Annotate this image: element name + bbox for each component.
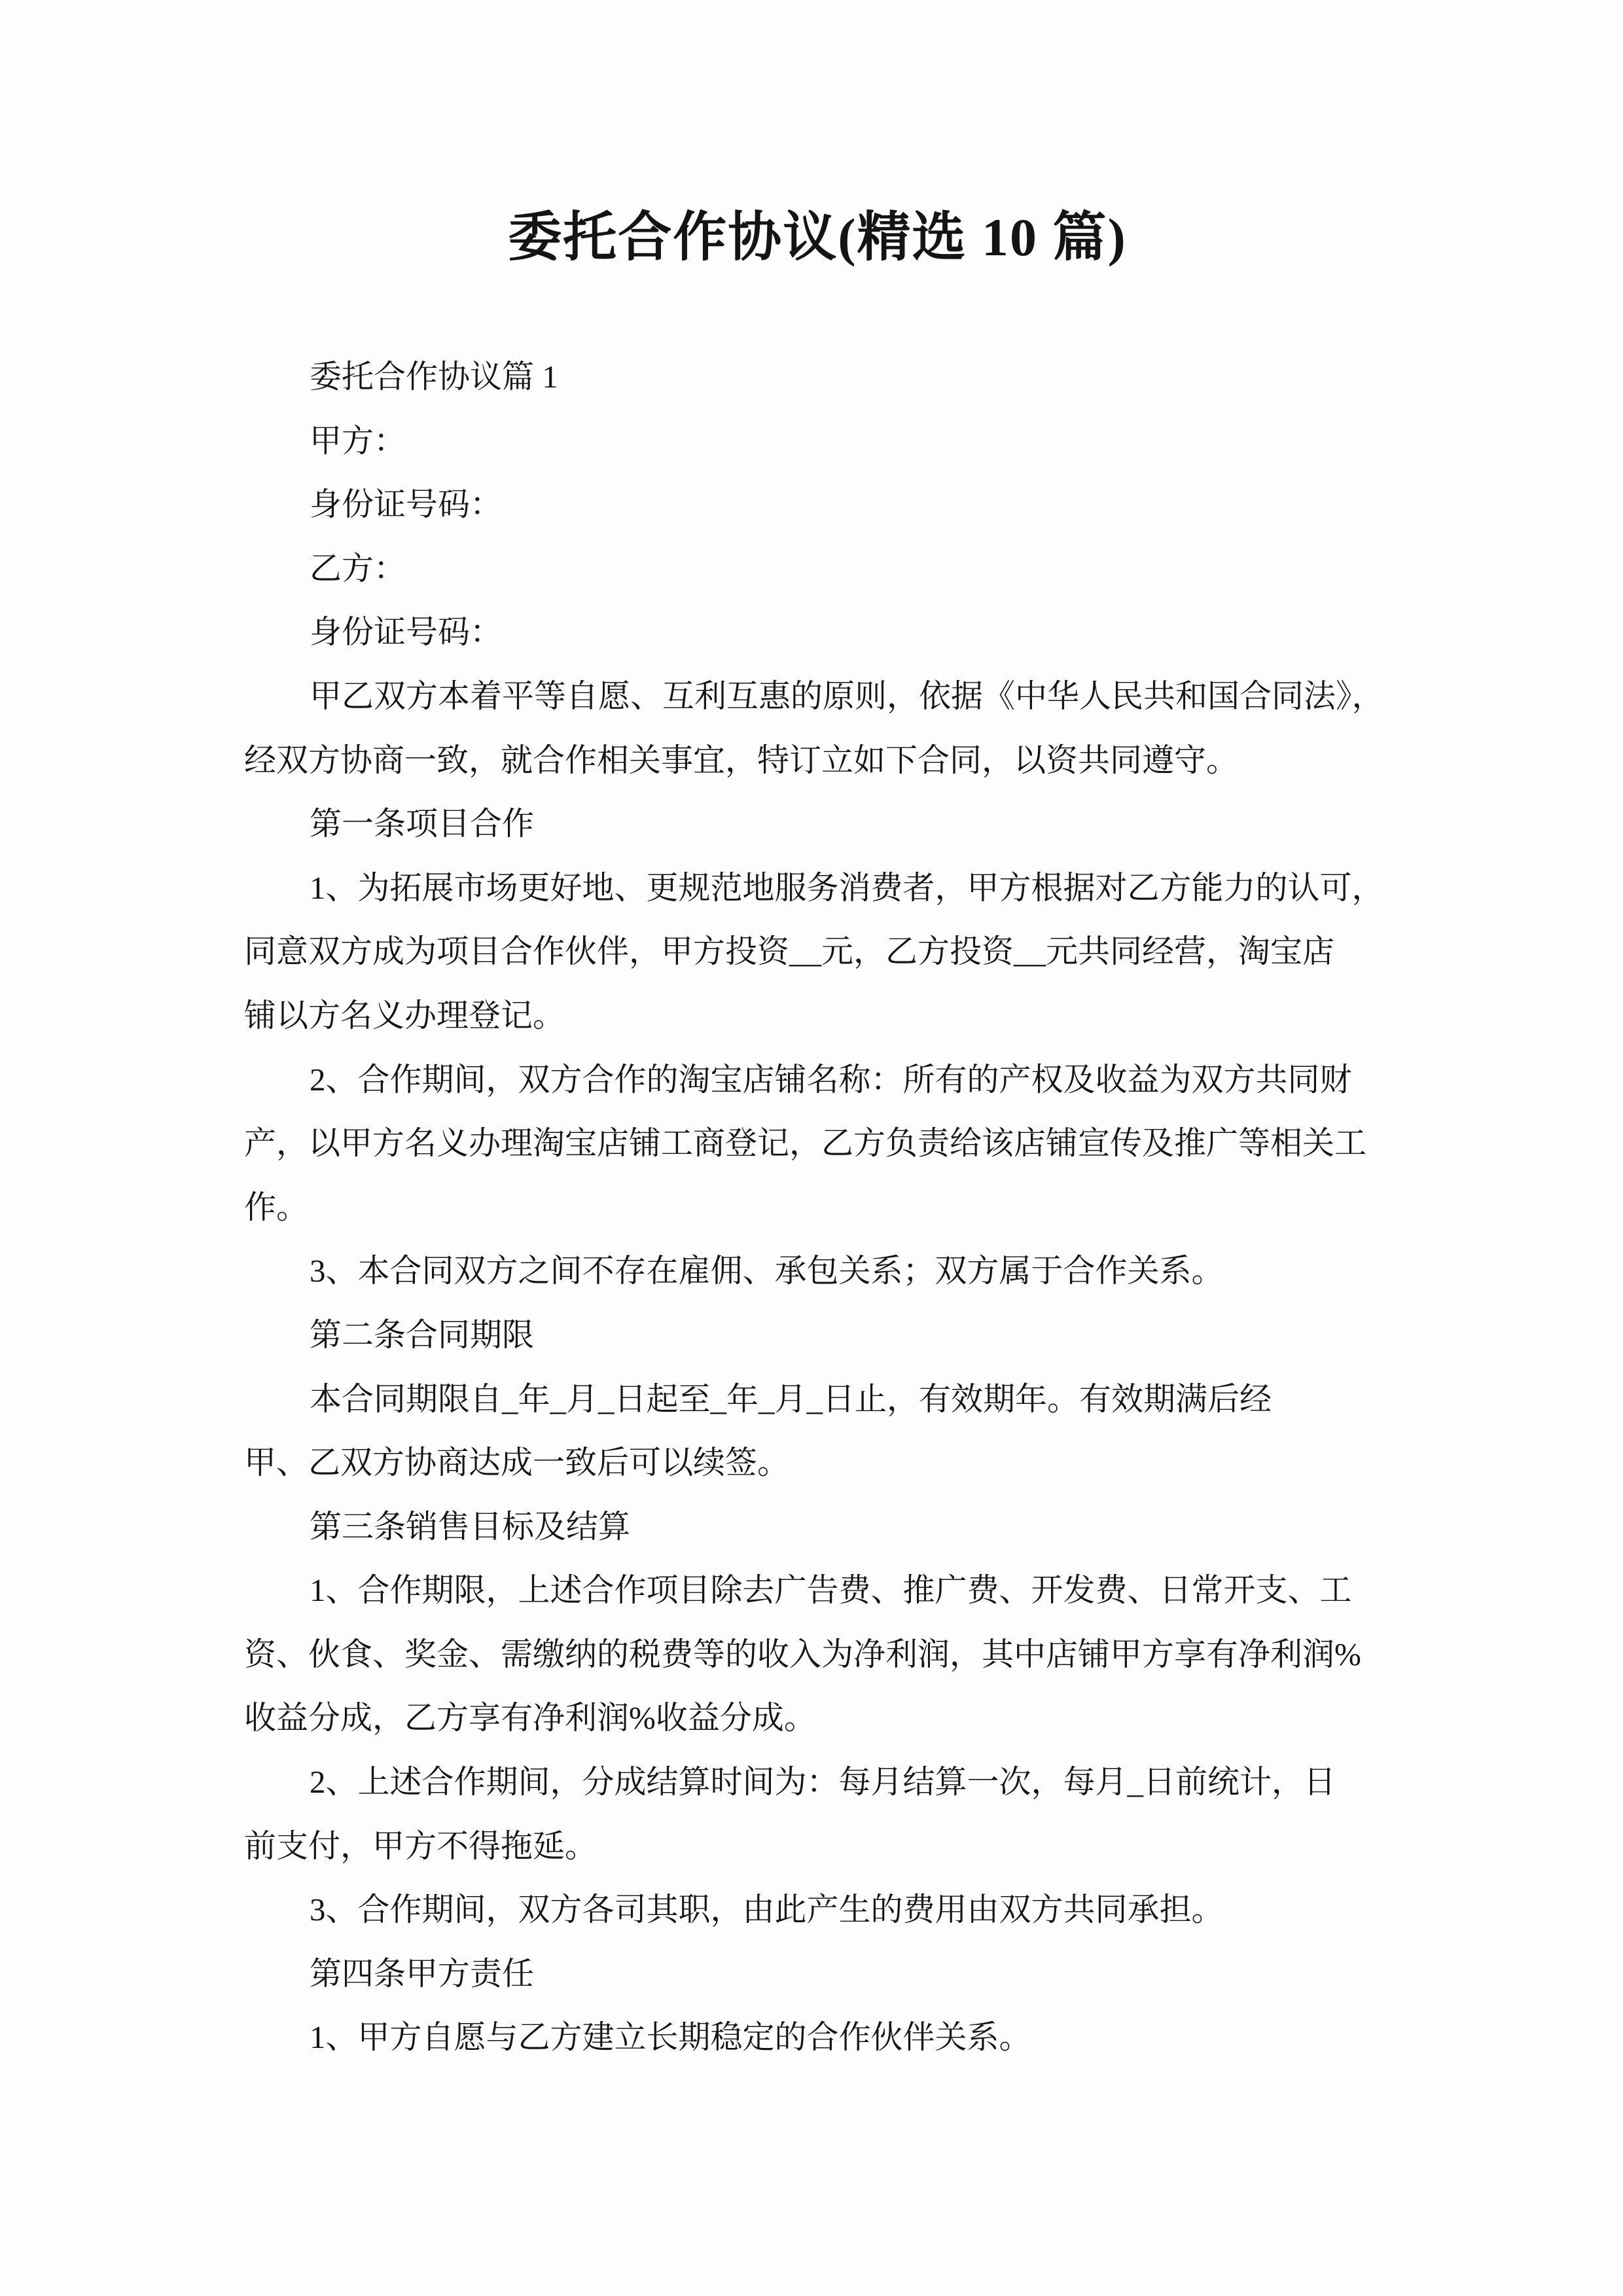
document-line: 作。 (244, 1175, 1391, 1240)
document-line: 第一条项目合作 (244, 792, 1391, 856)
document-line: 身份证号码： (244, 473, 1391, 537)
document-line: 资、伙食、奖金、需缴纳的税费等的收入为净利润，其中店铺甲方享有净利润% (244, 1623, 1391, 1687)
document-line: 2、合作期间，双方合作的淘宝店铺名称：所有的产权及收益为双方共同财 (244, 1048, 1391, 1112)
document-line: 甲方： (244, 409, 1391, 473)
document-line: 第四条甲方责任 (244, 1942, 1391, 2006)
document-line: 同意双方成为项目合作伙伴，甲方投资__元，乙方投资__元共同经营，淘宝店 (244, 920, 1391, 984)
document-line: 第三条销售目标及结算 (244, 1495, 1391, 1559)
document-page: 委托合作协议(精选 10 篇) 委托合作协议篇 1甲方：身份证号码：乙方：身份证… (0, 0, 1623, 2296)
document-title: 委托合作协议(精选 10 篇) (244, 200, 1391, 275)
document-line: 3、本合同双方之间不存在雇佣、承包关系；双方属于合作关系。 (244, 1239, 1391, 1303)
document-line: 1、为拓展市场更好地、更规范地服务消费者，甲方根据对乙方能力的认可， (244, 856, 1391, 920)
document-line: 产，以甲方名义办理淘宝店铺工商登记，乙方负责给该店铺宣传及推广等相关工 (244, 1111, 1391, 1175)
document-line: 身份证号码： (244, 600, 1391, 664)
document-line: 收益分成，乙方享有净利润%收益分成。 (244, 1686, 1391, 1750)
document-line: 第二条合同期限 (244, 1303, 1391, 1367)
document-line: 甲、乙双方协商达成一致后可以续签。 (244, 1431, 1391, 1495)
document-line: 经双方协商一致，就合作相关事宜，特订立如下合同，以资共同遵守。 (244, 728, 1391, 793)
document-line: 乙方： (244, 537, 1391, 601)
document-line: 1、甲方自愿与乙方建立长期稳定的合作伙伴关系。 (244, 2005, 1391, 2070)
document-line: 前支付，甲方不得拖延。 (244, 1814, 1391, 1878)
document-line: 甲乙双方本着平等自愿、互利互惠的原则，依据《中华人民共和国合同法》， (244, 664, 1391, 728)
document-line: 委托合作协议篇 1 (244, 345, 1391, 409)
document-body: 委托合作协议篇 1甲方：身份证号码：乙方：身份证号码：甲乙双方本着平等自愿、互利… (244, 345, 1391, 2070)
document-line: 铺以方名义办理登记。 (244, 984, 1391, 1048)
document-line: 3、合作期间，双方各司其职，由此产生的费用由双方共同承担。 (244, 1878, 1391, 1942)
document-line: 2、上述合作期间，分成结算时间为：每月结算一次，每月_日前统计，日 (244, 1750, 1391, 1814)
document-line: 本合同期限自_年_月_日起至_年_月_日止，有效期年。有效期满后经 (244, 1367, 1391, 1431)
document-line: 1、合作期限，上述合作项目除去广告费、推广费、开发费、日常开支、工 (244, 1558, 1391, 1623)
